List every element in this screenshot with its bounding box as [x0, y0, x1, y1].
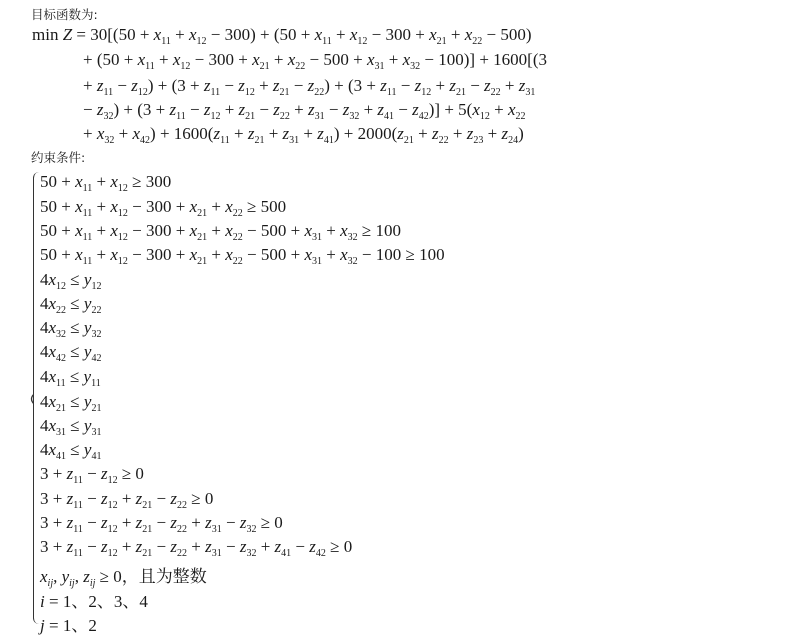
objective-label: 目标函数为:	[31, 5, 98, 23]
constraint-row: 4x11 ≤ y11	[40, 367, 101, 387]
constraint-row: 50 + x11 + x12 − 300 + x21 + x22 − 500 +…	[40, 221, 401, 241]
constraint-row: xij, yij, zij ≥ 0，且为整数	[40, 562, 207, 587]
constraint-row: 3 + z11 − z12 + z21 − z22 + z31 − z32 + …	[40, 537, 352, 557]
constraint-row: 50 + x11 + x12 − 300 + x21 + x22 ≥ 500	[40, 197, 286, 217]
constraint-row: 4x42 ≤ y42	[40, 342, 101, 362]
constraint-row: 3 + z11 − z12 + z21 − z22 + z31 − z32 ≥ …	[40, 513, 283, 533]
constraint-row: i = 1、2、3、4	[40, 587, 148, 612]
objective-line-1: min Z = 30[(50 + x11 + x12 − 300) + (50 …	[32, 25, 532, 45]
objective-line-3: + z11 − z12) + (3 + z11 − z12 + z21 − z2…	[83, 76, 535, 96]
constraint-row: 4x32 ≤ y32	[40, 318, 101, 338]
constraint-row: j = 1、2	[40, 611, 97, 635]
constraints-label: 约束条件:	[31, 148, 85, 166]
constraint-row: 4x31 ≤ y31	[40, 416, 101, 436]
objective-line-4: − z32) + (3 + z11 − z12 + z21 − z22 + z3…	[83, 100, 526, 120]
constraint-row: 3 + z11 − z12 + z21 − z22 ≥ 0	[40, 489, 213, 509]
constraint-row: 4x41 ≤ y41	[40, 440, 101, 460]
constraint-row: 50 + x11 + x12 ≥ 300	[40, 172, 171, 192]
constraint-row: 50 + x11 + x12 − 300 + x21 + x22 − 500 +…	[40, 245, 445, 265]
constraint-row: 4x12 ≤ y12	[40, 270, 101, 290]
brace-tip-icon	[28, 394, 34, 404]
objective-line-5: + x32 + x42) + 1600(z11 + z21 + z31 + z4…	[83, 124, 524, 144]
constraint-row: 4x22 ≤ y22	[40, 294, 101, 314]
constraint-row: 4x21 ≤ y21	[40, 392, 101, 412]
constraint-row: 3 + z11 − z12 ≥ 0	[40, 464, 144, 484]
objective-line-2: + (50 + x11 + x12 − 300 + x21 + x22 − 50…	[83, 50, 547, 70]
